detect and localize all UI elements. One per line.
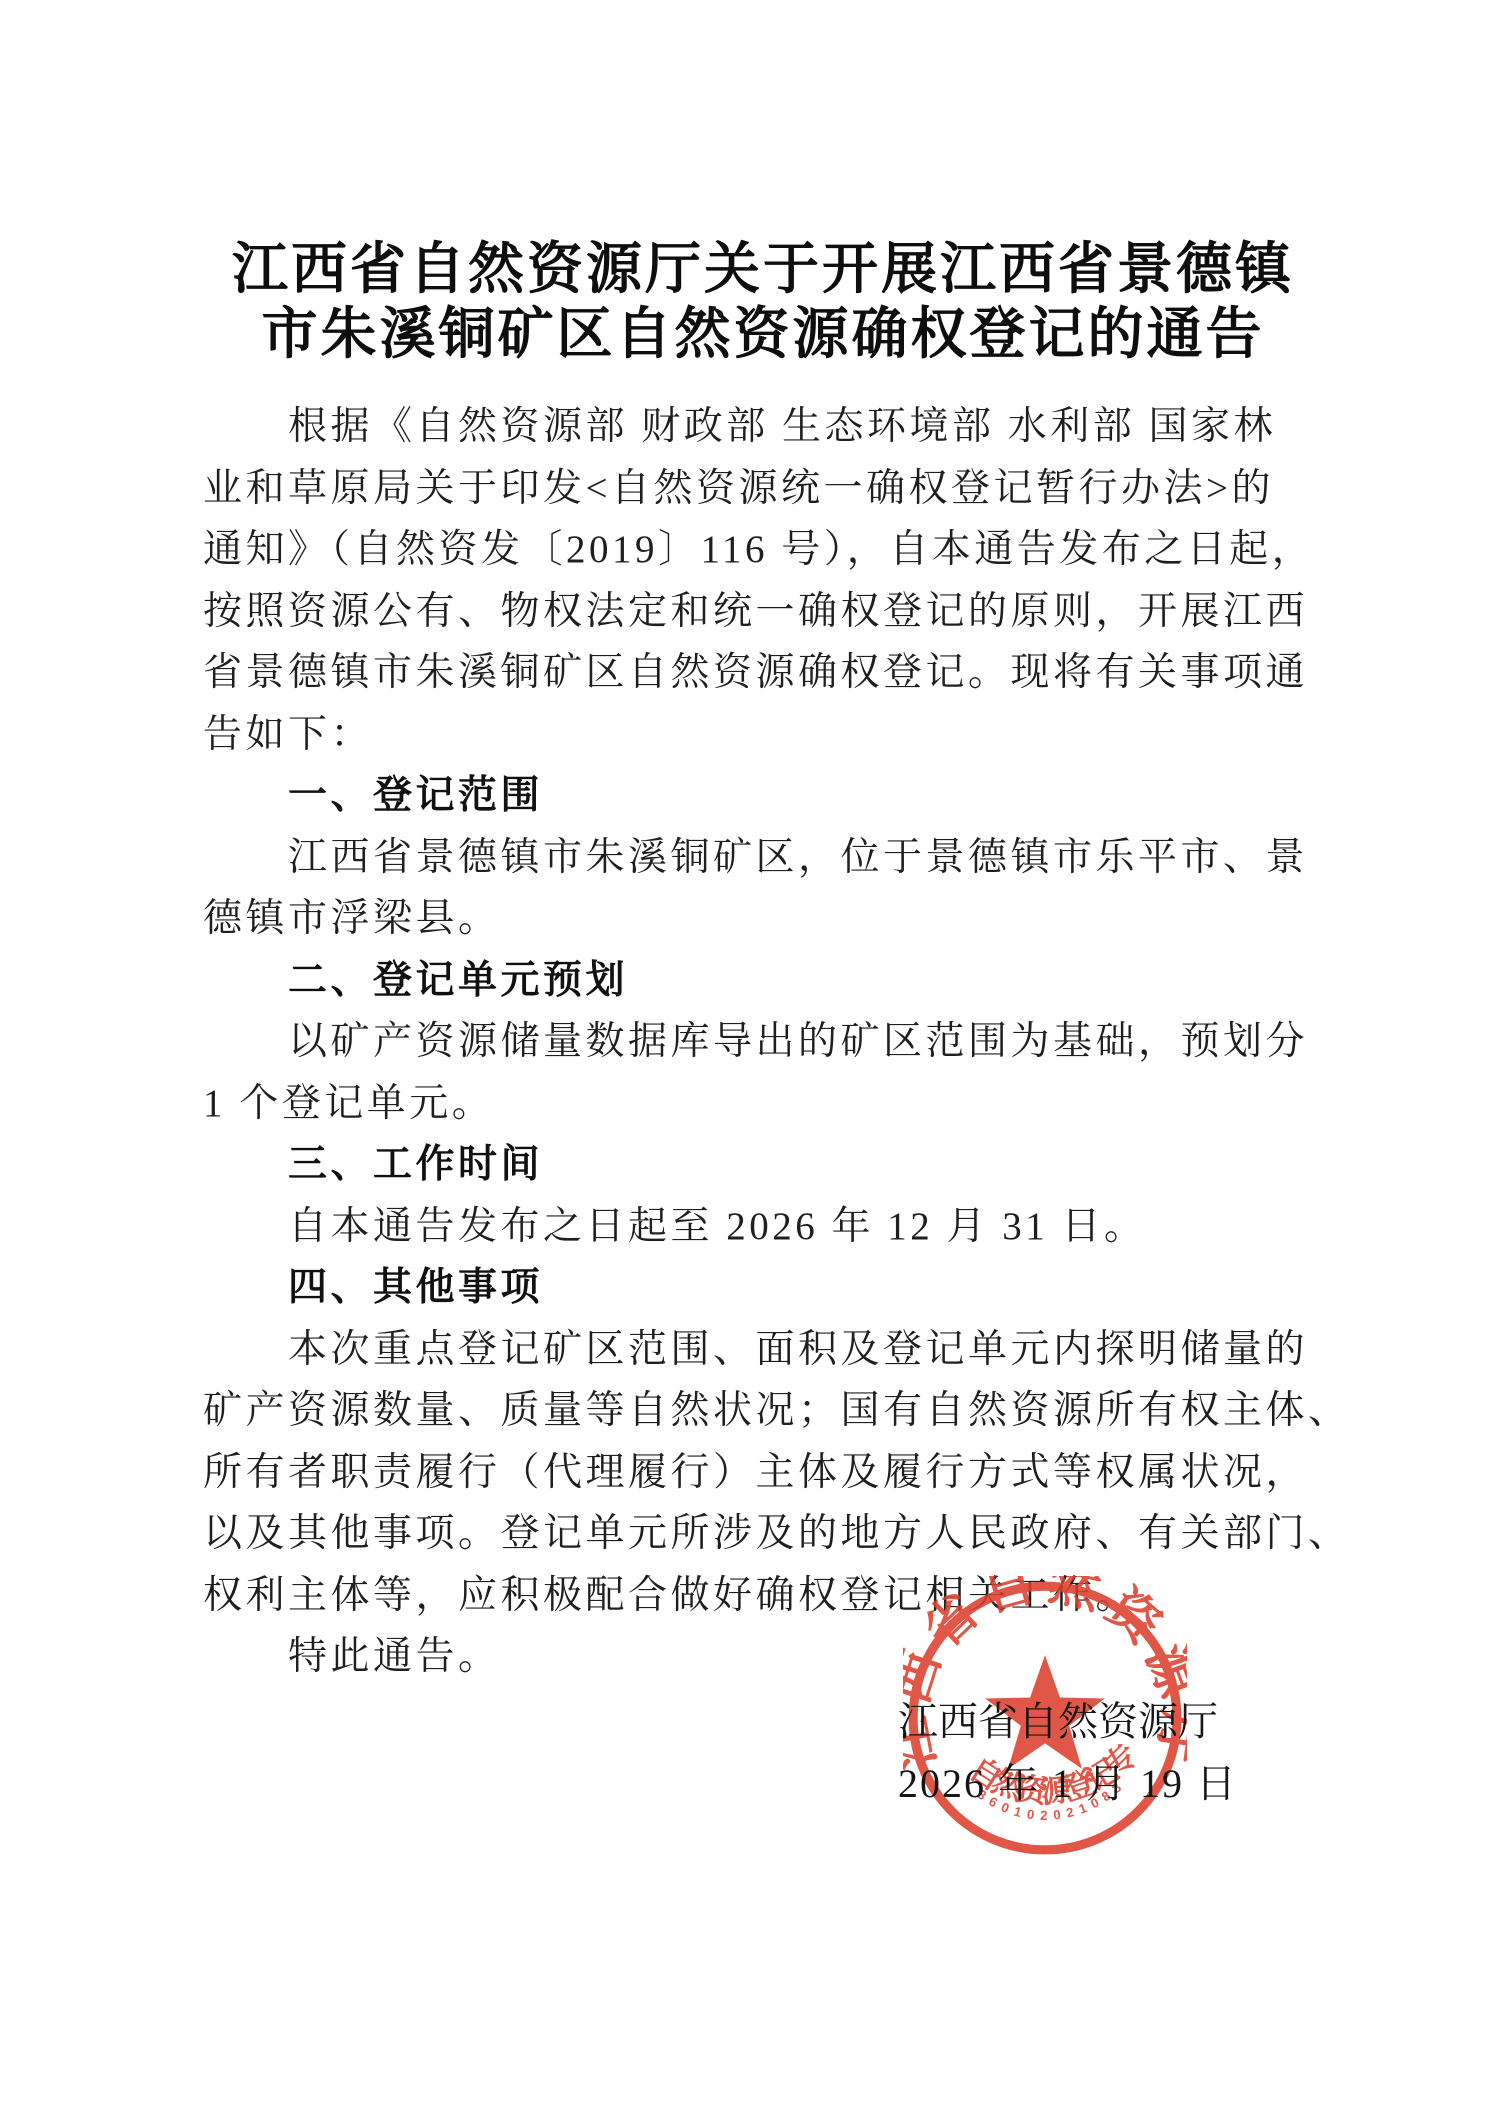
paragraph-line: 本次重点登记矿区范围、面积及登记单元内探明储量的	[203, 1319, 1323, 1381]
title-line: 市朱溪铜矿区自然资源确权登记的通告	[203, 301, 1323, 366]
paragraph-line: 以矿产资源储量数据库导出的矿区范围为基础，预划分	[203, 1011, 1323, 1073]
signature-block: 江西省自然资源厅 2026 年 1 月 19 日	[898, 1692, 1238, 1814]
paragraph-line: 江西省景德镇市朱溪铜矿区，位于景德镇市乐平市、景	[203, 827, 1323, 889]
document-body: 根据《自然资源部 财政部 生态环境部 水利部 国家林 业和草原局关于印发<自然资…	[203, 396, 1323, 1688]
paragraph-line: 根据《自然资源部 财政部 生态环境部 水利部 国家林	[203, 396, 1323, 458]
section-heading-2: 二、登记单元预划	[203, 950, 1323, 1012]
paragraph-line: 矿产资源数量、质量等自然状况；国有自然资源所有权主体、	[203, 1380, 1323, 1442]
signature-issuer: 江西省自然资源厅	[898, 1692, 1238, 1752]
section-heading-4: 四、其他事项	[203, 1257, 1323, 1319]
paragraph-line: 告如下：	[203, 704, 1323, 766]
paragraph-line: 业和草原局关于印发<自然资源统一确权登记暂行办法>的	[203, 458, 1323, 520]
paragraph-line: 省景德镇市朱溪铜矿区自然资源确权登记。现将有关事项通	[203, 642, 1323, 704]
paragraph-line: 通知》（自然资发〔2019〕116 号），自本通告发布之日起，	[203, 519, 1323, 581]
section-heading-3: 三、工作时间	[203, 1134, 1323, 1196]
title-line: 江西省自然资源厅关于开展江西省景德镇	[203, 236, 1323, 301]
paragraph-line: 自本通告发布之日起至 2026 年 12 月 31 日。	[203, 1196, 1323, 1258]
paragraph-line: 以及其他事项。登记单元所涉及的地方人民政府、有关部门、	[203, 1503, 1323, 1565]
signature-date: 2026 年 1 月 19 日	[898, 1754, 1238, 1814]
paragraph-line: 1 个登记单元。	[203, 1073, 1323, 1135]
paragraph-line: 按照资源公有、物权法定和统一确权登记的原则，开展江西	[203, 581, 1323, 643]
notice-document: 江西省自然资源厅关于开展江西省景德镇 市朱溪铜矿区自然资源确权登记的通告 根据《…	[203, 236, 1323, 1688]
document-page: 江西省自然资源厅关于开展江西省景德镇 市朱溪铜矿区自然资源确权登记的通告 根据《…	[0, 0, 1488, 2104]
paragraph-line: 所有者职责履行（代理履行）主体及履行方式等权属状况，	[203, 1442, 1323, 1504]
paragraph-line: 德镇市浮梁县。	[203, 888, 1323, 950]
section-heading-1: 一、登记范围	[203, 765, 1323, 827]
document-title: 江西省自然资源厅关于开展江西省景德镇 市朱溪铜矿区自然资源确权登记的通告	[203, 236, 1323, 366]
